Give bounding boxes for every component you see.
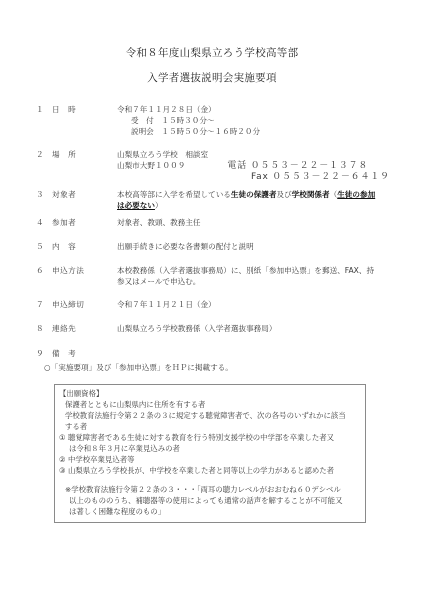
student-not-required-note: 生徒の参加 xyxy=(337,190,375,199)
qualification-item-1-cont: は令和８年３月に卒業見込みの者 xyxy=(59,443,361,454)
item-number: ７ xyxy=(36,299,48,310)
remarks-note: ○「実施要項」及び「参加申込票」をＨＰに掲載する。 xyxy=(44,362,233,373)
item-label: 連絡先 xyxy=(52,323,110,334)
item-number: ９ xyxy=(36,348,48,359)
document-title-line1: 令和８年度山梨県立ろう学校高等部 xyxy=(0,45,424,60)
method-line2: 参又はメールで申込む。 xyxy=(117,276,402,287)
target-guardians: 生徒の保護者 xyxy=(231,190,277,199)
footnote-line2: 以上のもののうち、補聴器等の使用によっても通常の話声を解することが不可能又 xyxy=(59,495,361,506)
item-label: 申込方法 xyxy=(52,265,110,276)
qualification-hearing-cont: する者 xyxy=(59,421,361,432)
item-number: ５ xyxy=(36,241,48,252)
target-and: 及び xyxy=(276,190,291,199)
item-label: 内 容 xyxy=(52,241,110,252)
footnote-line1: ※学校教育法施行令第２２条の３・・・「両耳の聴力レベルがおおむね６０デシベル xyxy=(59,484,361,495)
footnote-line3: は著しく困難な程度のもの」 xyxy=(59,506,361,517)
item-label: 場 所 xyxy=(52,149,110,160)
student-not-required-note-cont: は必要ない xyxy=(117,201,155,210)
item-label: 申込締切 xyxy=(52,299,110,310)
item-value: 本校教務係（入学者選抜事務局）に、別紙「参加申込票」を郵送、FAX、持 参又はメ… xyxy=(117,265,402,287)
venue-phone: 電話 ０５５３－２２－１３７８ xyxy=(227,161,368,172)
venue-fax: Fax ０５５３－２２－６４１９ xyxy=(117,172,402,183)
paren-close: ） xyxy=(155,201,163,210)
item-value: 令和７年１１月２１日（金） xyxy=(117,299,402,310)
qualification-hearing: 学校教育法施行令第２２条の３に規定する聴覚障害者で、次の各号のいずれかに該当 xyxy=(59,410,361,421)
item-value: 令和７年１１月２８日（金） 受 付 １５時３０分～ 説明会 １５時５０分～１６時… xyxy=(117,104,402,137)
event-date: 令和７年１１月２８日（金） xyxy=(117,104,402,115)
qualification-item-3: ③ 山梨県立ろう学校長が、中学校を卒業した者と同等以上の学力があると認めた者 xyxy=(59,465,361,476)
item-value: 山梨県立ろう学校教務係（入学者選抜事務局） xyxy=(117,323,402,334)
item-label: 対象者 xyxy=(52,189,110,200)
qualification-heading: 【出願資格】 xyxy=(59,388,361,399)
item-label: 参加者 xyxy=(52,217,110,228)
item-number: ３ xyxy=(36,189,48,200)
document-title-line2: 入学者選抜説明会実施要項 xyxy=(0,70,424,85)
item-label: 日 時 xyxy=(52,104,110,115)
reception-time: 受 付 １５時３０分～ xyxy=(117,115,402,126)
item-number: ２ xyxy=(36,149,48,160)
qualification-box: 【出願資格】 保護者とともに山梨県内に住所を有する者 学校教育法施行令第２２条の… xyxy=(54,384,366,523)
item-number: ８ xyxy=(36,323,48,334)
venue-place: 山梨県立ろう学校 相談室 xyxy=(117,149,402,160)
qualification-item-1: ① 聴覚障害者である生徒に対する教育を行う特別支援学校の中学部を卒業した者又 xyxy=(59,432,361,443)
item-value: 対象者、教頭、教務主任 xyxy=(117,217,402,228)
item-number: ４ xyxy=(36,217,48,228)
venue-address: 山梨市大野１００９ xyxy=(117,161,185,170)
qualification-residence: 保護者とともに山梨県内に住所を有する者 xyxy=(59,399,361,410)
item-number: ６ xyxy=(36,265,48,276)
briefing-time: 説明会 １５時５０分～１６時２０分 xyxy=(117,126,402,137)
item-value: 本校高等部に入学を希望している生徒の保護者及び学校関係者（生徒の参加 は必要ない… xyxy=(117,189,402,211)
target-text: 本校高等部に入学を希望している xyxy=(117,190,231,199)
item-number: １ xyxy=(36,104,48,115)
item-value: 出願手続きに必要な各書類の配付と説明 xyxy=(117,241,402,252)
document-page: 令和８年度山梨県立ろう学校高等部 入学者選抜説明会実施要項 １ 日 時 令和７年… xyxy=(0,0,424,600)
method-line1: 本校教務係（入学者選抜事務局）に、別紙「参加申込票」を郵送、FAX、持 xyxy=(117,265,402,276)
item-label: 備 考 xyxy=(52,348,110,359)
qualification-item-2: ② 中学校卒業見込者等 xyxy=(59,454,361,465)
item-value: 山梨県立ろう学校 相談室 山梨市大野１００９電話 ０５５３－２２－１３７８ Fa… xyxy=(117,149,402,183)
target-school-staff: 学校関係者 xyxy=(292,190,330,199)
